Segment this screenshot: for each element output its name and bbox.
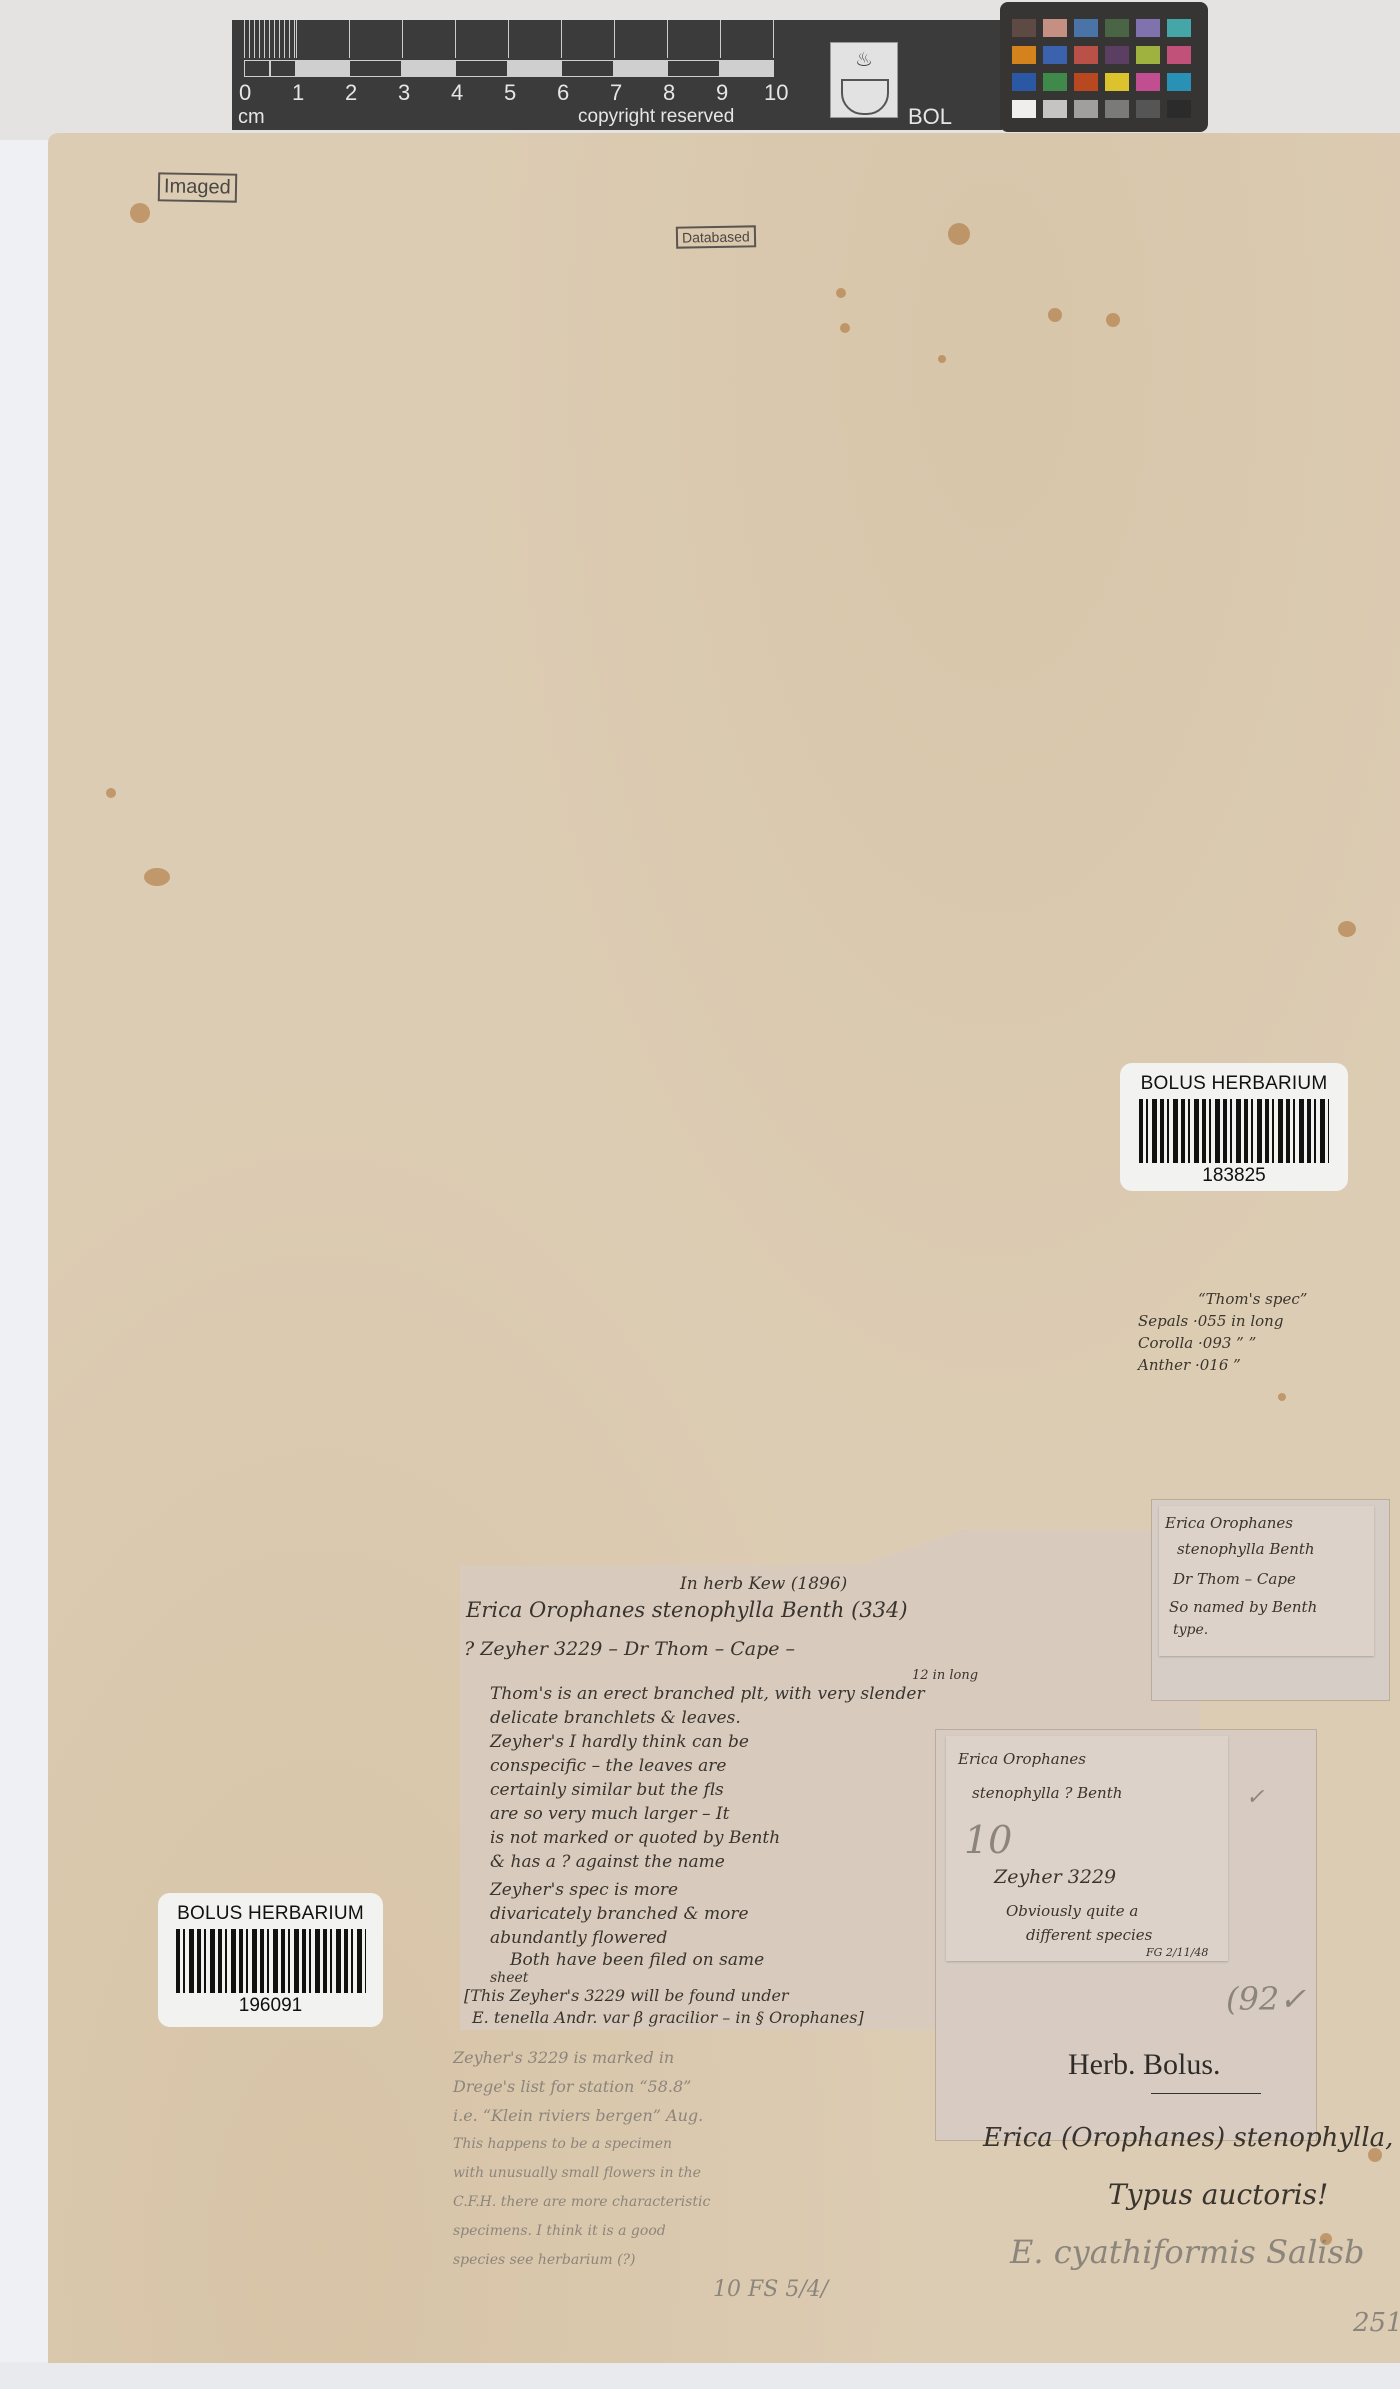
color-swatch: [1167, 46, 1191, 64]
barcode-icon: [1139, 1099, 1329, 1163]
label-line: type.: [1173, 1622, 1208, 1638]
note-line: species see herbarium (?): [453, 2246, 828, 2275]
label-line: ? Zeyher 3229 – Dr Thom – Cape –: [464, 1638, 795, 1660]
barcode-title: BOLUS HERBARIUM: [158, 1903, 383, 1925]
label-line: certainly similar but the fls: [490, 1780, 724, 1800]
tick-label: 0: [239, 80, 251, 106]
color-swatch: [1136, 73, 1160, 91]
tick-label: 5: [504, 80, 516, 106]
color-swatch: [1012, 19, 1036, 37]
scale-bar: 0 1 2 3 4 5 6 7 8 9 10 cm copyright rese…: [232, 20, 1002, 130]
barcode-number: 183825: [1120, 1165, 1348, 1187]
tick-label: 2: [345, 80, 357, 106]
color-swatch: [1012, 100, 1036, 118]
shield-icon: [841, 79, 889, 115]
color-swatch: [1074, 19, 1098, 37]
ruler: [244, 20, 774, 78]
tick-label: 10: [764, 80, 788, 106]
barcode-title: BOLUS HERBARIUM: [1120, 1073, 1348, 1095]
measurement-note: “Thom's spec” Sepals ·055 in long Coroll…: [1138, 1288, 1400, 1376]
label-line: Dr Thom – Cape: [1173, 1570, 1296, 1588]
tick-label: 8: [663, 80, 675, 106]
label-line: 12 in long: [912, 1668, 978, 1683]
pencil-determination: E. cyathiformis Salisb: [1010, 2233, 1364, 2271]
label-line: E. tenella Andr. var β gracilior – in § …: [472, 2008, 864, 2027]
label-line: sheet: [490, 1970, 528, 1986]
color-swatch: [1043, 19, 1067, 37]
label-line: are so very much larger – It: [490, 1804, 729, 1824]
tick-label: 4: [451, 80, 463, 106]
color-swatch: [1167, 73, 1191, 91]
label-line: delicate branchlets & leaves.: [490, 1708, 741, 1728]
note-line: This happens to be a specimen: [453, 2130, 828, 2159]
note-line: Drege's list for station “58.8”: [453, 2072, 828, 2101]
color-swatch: [1074, 73, 1098, 91]
color-swatch: [1167, 19, 1191, 37]
label-line: In herb Kew (1896): [680, 1574, 847, 1594]
note-line: “Thom's spec”: [1138, 1288, 1400, 1310]
color-swatch: [1074, 100, 1098, 118]
color-swatch: [1167, 100, 1191, 118]
note-line: i.e. “Klein riviers bergen” Aug.: [453, 2101, 828, 2130]
note-line: with unusually small flowers in the: [453, 2159, 828, 2188]
note-line: specimens. I think it is a good: [453, 2217, 828, 2246]
annotation-label-1: Erica Orophanes stenophylla Benth Dr Tho…: [1159, 1506, 1374, 1656]
herbarium-title: Herb. Bolus.: [1068, 2048, 1221, 2082]
pencil-number: 251: [1353, 2308, 1400, 2338]
label-line: Both have been filed on same: [510, 1950, 764, 1970]
label-line: is not marked or quoted by Benth: [490, 1828, 780, 1848]
color-swatch: [1136, 46, 1160, 64]
label-line: Erica Orophanes stenophylla Benth (334): [466, 1598, 908, 1622]
label-line: Thom's is an erect branched plt, with ve…: [490, 1684, 925, 1704]
label-line: Erica Orophanes: [1165, 1514, 1293, 1532]
university-crest-icon: ♨: [830, 42, 898, 118]
tick-label: 9: [716, 80, 728, 106]
barcode-icon: [176, 1929, 366, 1993]
annotation-label-2: Erica Orophanes stenophylla ? Benth 10 Z…: [946, 1736, 1228, 1961]
note-line: Sepals ·055 in long: [1138, 1310, 1400, 1332]
color-swatch: [1043, 46, 1067, 64]
tick-label: 1: [292, 80, 304, 106]
label-line: Erica Orophanes: [958, 1750, 1086, 1768]
note-line: Zeyher's 3229 is marked in: [453, 2043, 828, 2072]
label-line: [This Zeyher's 3229 will be found under: [464, 1986, 789, 2005]
note-line: C.F.H. there are more characteristic: [453, 2188, 828, 2217]
type-designation: Typus auctoris!: [1108, 2178, 1328, 2211]
color-swatch: [1105, 73, 1129, 91]
color-swatch: [1043, 100, 1067, 118]
barcode-number: 196091: [158, 1995, 383, 2017]
barcode-label-183825: BOLUS HERBARIUM 183825: [1120, 1063, 1348, 1191]
label-line: 10: [964, 1818, 1012, 1862]
unit-label: cm: [238, 106, 265, 129]
species-name: Erica (Orophanes) stenophylla, Benth,: [983, 2123, 1400, 2153]
label-line: conspecific – the leaves are: [490, 1756, 727, 1776]
scan-background-bottom: [0, 2362, 1400, 2389]
color-swatch: [1136, 19, 1160, 37]
tick-label: 6: [557, 80, 569, 106]
note-line: 10 FS 5/4/: [453, 2275, 828, 2304]
imaged-stamp: Imaged: [158, 172, 237, 202]
color-calibration-card: [1000, 2, 1208, 132]
databased-stamp: Databased: [676, 225, 756, 248]
color-swatch: [1074, 46, 1098, 64]
color-swatch: [1105, 19, 1129, 37]
check-mark: ✓: [1246, 1785, 1264, 1810]
divider: [1151, 2093, 1261, 2094]
label-line: abundantly flowered: [490, 1928, 667, 1948]
label-line: Obviously quite a: [1006, 1902, 1138, 1920]
color-swatch: [1105, 46, 1129, 64]
color-swatch: [1105, 100, 1129, 118]
label-line: FG 2/11/48: [1146, 1946, 1208, 1959]
sheet-number-mark: (92✓: [1226, 1980, 1306, 2018]
label-line: stenophylla ? Benth: [972, 1784, 1122, 1802]
label-line: stenophylla Benth: [1177, 1540, 1315, 1558]
color-swatch: [1136, 100, 1160, 118]
color-swatch: [1012, 46, 1036, 64]
ruler-tick-labels: 0 1 2 3 4 5 6 7 8 9 10: [236, 80, 796, 106]
label-line: & has a ? against the name: [490, 1852, 725, 1872]
tick-label: 3: [398, 80, 410, 106]
scan-background-left: [0, 140, 50, 2389]
tick-label: 7: [610, 80, 622, 106]
barcode-label-196091: BOLUS HERBARIUM 196091: [158, 1893, 383, 2027]
label-line: Zeyher's spec is more: [490, 1880, 678, 1900]
lamp-icon: ♨: [853, 47, 875, 73]
note-line: Corolla ·093 ” ”: [1138, 1332, 1400, 1354]
color-swatch: [1012, 73, 1036, 91]
color-swatch: [1043, 73, 1067, 91]
label-line: divaricately branched & more: [490, 1904, 749, 1924]
copyright-text: copyright reserved: [578, 106, 734, 128]
label-line: Zeyher's I hardly think can be: [490, 1732, 749, 1752]
label-line: different species: [1026, 1926, 1152, 1944]
herbarium-sheet: Imaged Databased BOLUS HERBARIUM 183825 …: [48, 133, 1400, 2363]
label-line: Zeyher 3229: [994, 1866, 1116, 1888]
note-line: Anther ·016 ”: [1138, 1354, 1400, 1376]
ruler-mm-ticks: [244, 20, 296, 58]
label-line: So named by Benth: [1169, 1598, 1317, 1616]
institution-code: BOL: [908, 104, 952, 130]
pencil-notes: Zeyher's 3229 is marked in Drege's list …: [453, 2043, 828, 2304]
